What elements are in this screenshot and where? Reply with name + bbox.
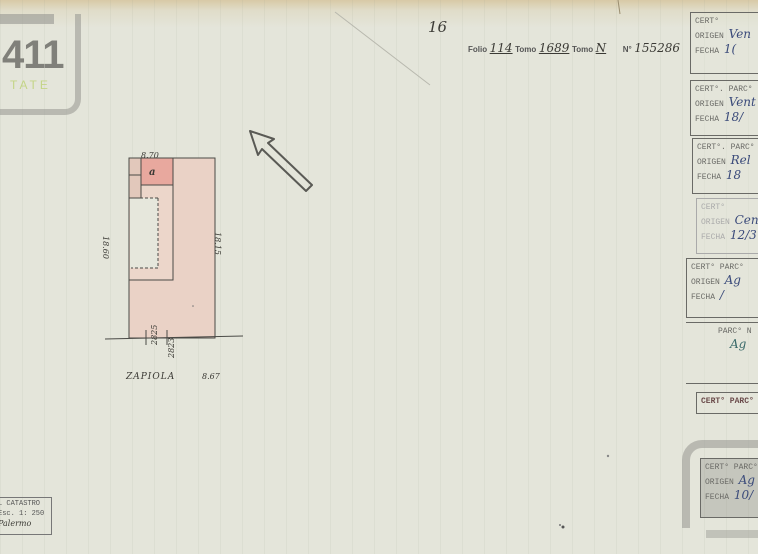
- paper-specks: [0, 0, 758, 554]
